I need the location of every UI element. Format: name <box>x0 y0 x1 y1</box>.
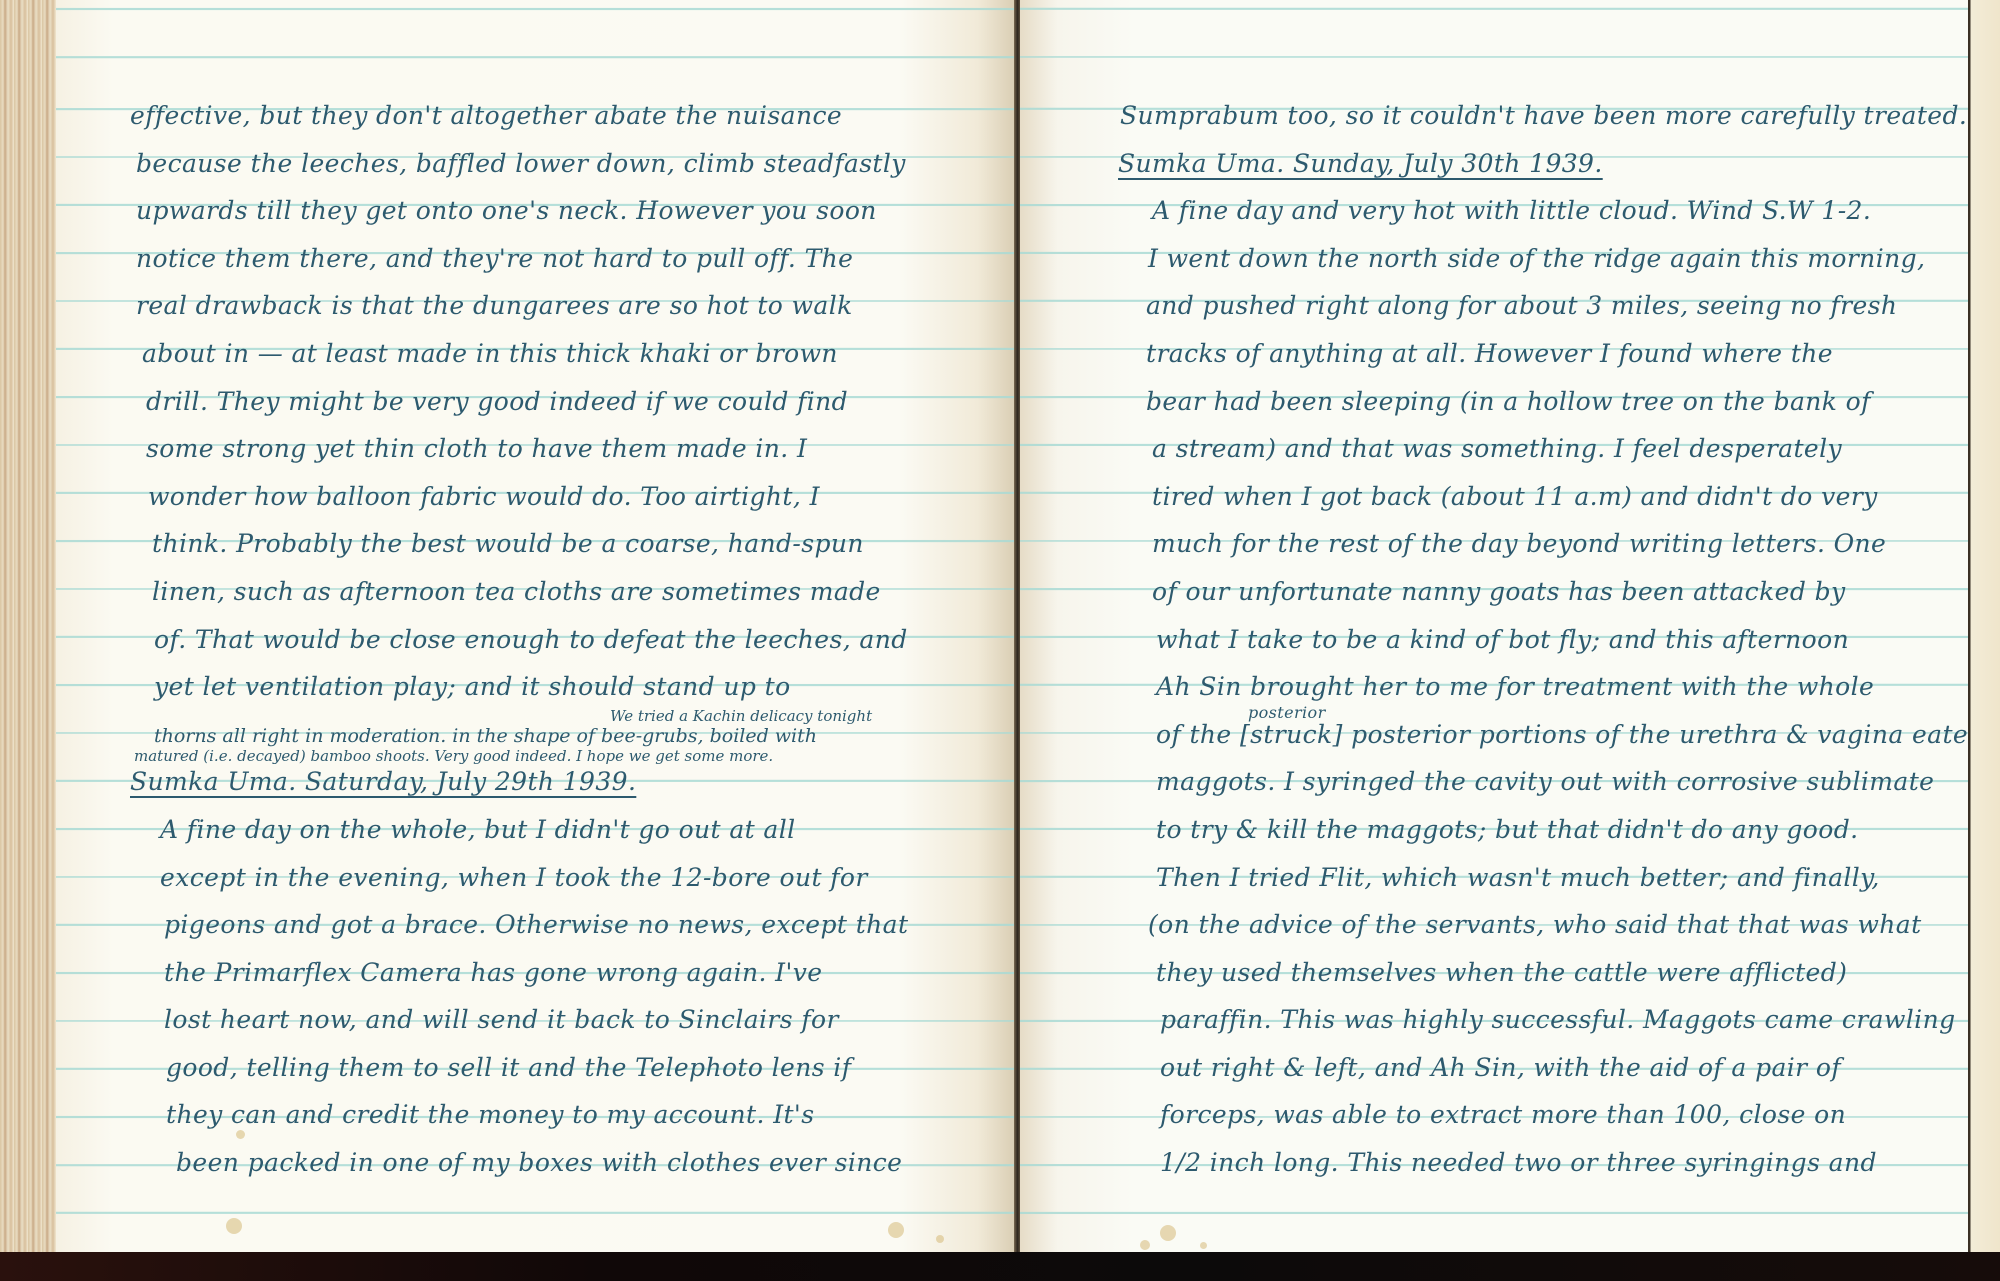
paper-stain <box>888 1222 904 1238</box>
text-line: lost heart now, and will send it back to… <box>130 996 1016 1044</box>
interlinear-main: thorns all right in moderation. in the s… <box>154 725 817 747</box>
text-line: some strong yet thin cloth to have them … <box>130 425 1016 473</box>
text-line: yet let ventilation play; and it should … <box>130 663 1016 711</box>
text-line: a stream) and that was something. I feel… <box>1090 425 1968 473</box>
interlinear-block: We tried a Kachin delicacy tonight thorn… <box>130 711 1016 759</box>
left-page: effective, but they don't altogether aba… <box>56 0 1016 1252</box>
paper-stain <box>1160 1225 1176 1241</box>
text-line: because the leeches, baffled lower down,… <box>130 140 1016 188</box>
text-line: upwards till they get onto one's neck. H… <box>130 187 1016 235</box>
text-line: bear had been sleeping (in a hollow tree… <box>1090 378 1968 426</box>
text-line: they used themselves when the cattle wer… <box>1090 949 1968 997</box>
text-line: except in the evening, when I took the 1… <box>130 854 1016 902</box>
text-line: been packed in one of my boxes with clot… <box>130 1139 1016 1187</box>
text-line: the Primarflex Camera has gone wrong aga… <box>130 949 1016 997</box>
right-page-text: Sumprabum too, so it couldn't have been … <box>1020 92 1968 1187</box>
paper-stain <box>1140 1240 1150 1250</box>
text-line: and pushed right along for about 3 miles… <box>1090 282 1968 330</box>
text-line: of our unfortunate nanny goats has been … <box>1090 568 1968 616</box>
text-line: Sumprabum too, so it couldn't have been … <box>1090 92 1968 140</box>
paper-stain <box>1200 1242 1207 1249</box>
entry-heading-text: Sumka Uma. Sunday, July 30th 1939. <box>1118 149 1603 178</box>
text-line: linen, such as afternoon tea cloths are … <box>130 568 1016 616</box>
text-line: real drawback is that the dungarees are … <box>130 282 1016 330</box>
text-line: good, telling them to sell it and the Te… <box>130 1044 1016 1092</box>
text-line: what I take to be a kind of bot fly; and… <box>1090 616 1968 664</box>
background-surface <box>0 1252 2000 1281</box>
text-line: (on the advice of the servants, who said… <box>1090 901 1968 949</box>
text-line: think. Probably the best would be a coar… <box>130 520 1016 568</box>
text-line: out right & left, and Ah Sin, with the a… <box>1090 1044 1968 1092</box>
paper-stain <box>236 1130 245 1139</box>
text-line: tired when I got back (about 11 a.m) and… <box>1090 473 1968 521</box>
text-line: tracks of anything at all. However I fou… <box>1090 330 1968 378</box>
right-page: Sumprabum too, so it couldn't have been … <box>1020 0 1968 1252</box>
right-page-edge <box>1968 0 2000 1252</box>
left-page-text: effective, but they don't altogether aba… <box>56 92 1016 1187</box>
text-line: A fine day and very hot with little clou… <box>1090 187 1968 235</box>
entry-heading-text: Sumka Uma. Saturday, July 29th 1939. <box>130 767 636 796</box>
text-line: much for the rest of the day beyond writ… <box>1090 520 1968 568</box>
text-line: wonder how balloon fabric would do. Too … <box>130 473 1016 521</box>
text-line: effective, but they don't altogether aba… <box>130 92 1016 140</box>
text-line: of. That would be close enough to defeat… <box>130 616 1016 664</box>
text-line: to try & kill the maggots; but that didn… <box>1090 806 1968 854</box>
text-line: maggots. I syringed the cavity out with … <box>1090 758 1968 806</box>
interlinear-above: We tried a Kachin delicacy tonight <box>610 707 872 725</box>
entry-heading: Sumka Uma. Saturday, July 29th 1939. <box>130 758 1016 806</box>
text-line: paraffin. This was highly successful. Ma… <box>1090 996 1968 1044</box>
text-line: Then I tried Flit, which wasn't much bet… <box>1090 854 1968 902</box>
correction-above: posterior <box>1248 689 1326 737</box>
text-line: pigeons and got a brace. Otherwise no ne… <box>130 901 1016 949</box>
text-line: forceps, was able to extract more than 1… <box>1090 1091 1968 1139</box>
paper-stain <box>226 1218 242 1234</box>
text-line-with-correction: posterior of the [struck] posterior port… <box>1090 711 1968 759</box>
text-line: about in — at least made in this thick k… <box>130 330 1016 378</box>
text-line: 1/2 inch long. This needed two or three … <box>1090 1139 1968 1187</box>
entry-heading: Sumka Uma. Sunday, July 30th 1939. <box>1090 140 1968 188</box>
text-line: I went down the north side of the ridge … <box>1090 235 1968 283</box>
text-line: Ah Sin brought her to me for treatment w… <box>1090 663 1968 711</box>
text-line: notice them there, and they're not hard … <box>130 235 1016 283</box>
paper-stain <box>936 1235 944 1243</box>
page-edges <box>0 0 56 1255</box>
text-line: they can and credit the money to my acco… <box>130 1091 1016 1139</box>
text-line: drill. They might be very good indeed if… <box>130 378 1016 426</box>
text-line: A fine day on the whole, but I didn't go… <box>130 806 1016 854</box>
